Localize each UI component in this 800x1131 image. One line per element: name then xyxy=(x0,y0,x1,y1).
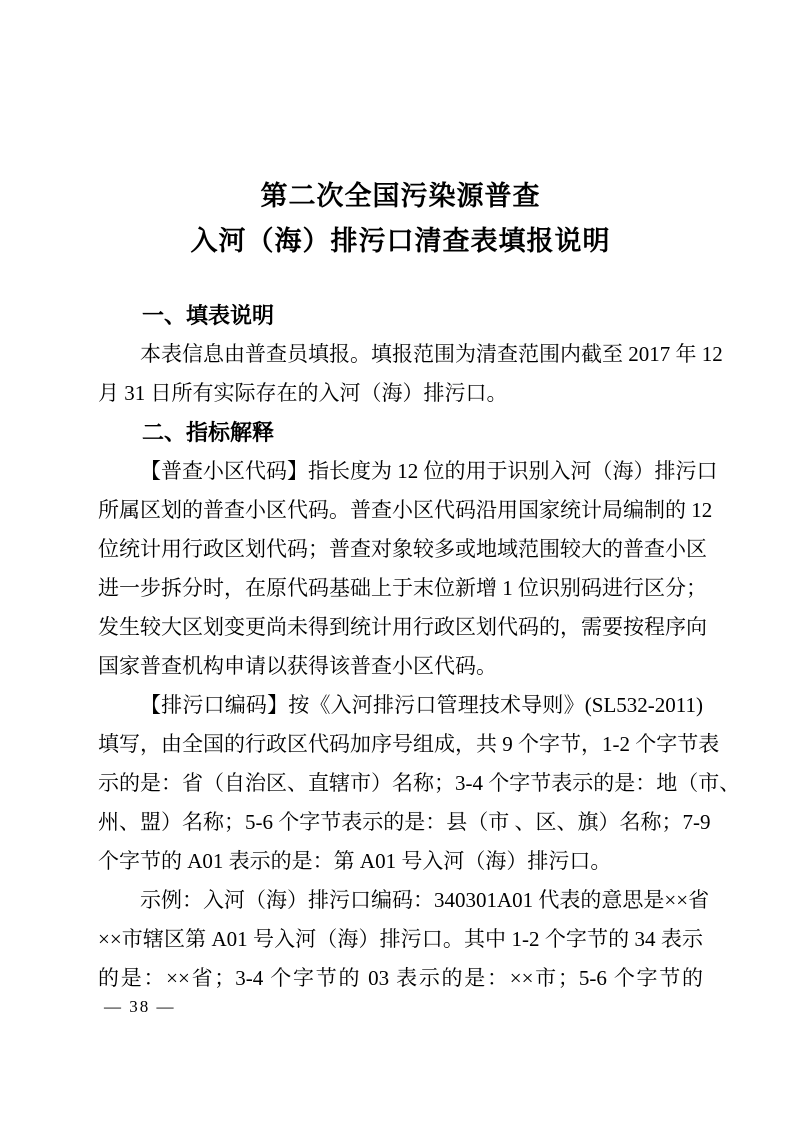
doc-title-line-2: 入河（海）排污口清查表填报说明 xyxy=(98,219,703,264)
paragraph-line: 【普查小区代码】指长度为 12 位的用于识别入河（海）排污口 xyxy=(98,452,703,491)
paragraph-line: 国家普查机构申请以获得该普查小区代码。 xyxy=(98,647,703,686)
doc-title-line-1: 第二次全国污染源普查 xyxy=(98,174,703,219)
doc-flow: 一、填表说明本表信息由普查员填报。填报范围为清查范围内截至 2017 年 12月… xyxy=(98,296,703,998)
paragraph-line: 填写，由全国的行政区代码加序号组成，共 9 个字节，1-2 个字节表 xyxy=(98,725,703,764)
page-number: — 38 — xyxy=(104,994,176,1020)
paragraph-line: 示的是：省（自治区、直辖市）名称；3-4 个字节表示的是：地（市、 xyxy=(98,764,703,803)
document-content: 第二次全国污染源普查 入河（海）排污口清查表填报说明 一、填表说明本表信息由普查… xyxy=(98,0,703,998)
paragraph-line: 本表信息由普查员填报。填报范围为清查范围内截至 2017 年 12 xyxy=(98,335,703,374)
section-heading: 一、填表说明 xyxy=(98,296,703,335)
paragraph-line: 月 31 日所有实际存在的入河（海）排污口。 xyxy=(98,374,703,413)
document-page: 第二次全国污染源普查 入河（海）排污口清查表填报说明 一、填表说明本表信息由普查… xyxy=(0,0,800,1131)
paragraph-line: 发生较大区划变更尚未得到统计用行政区划代码的，需要按程序向 xyxy=(98,608,703,647)
paragraph-line: 所属区划的普查小区代码。普查小区代码沿用国家统计局编制的 12 xyxy=(98,491,703,530)
paragraph-line: 示例：入河（海）排污口编码：340301A01 代表的意思是××省 xyxy=(98,881,703,920)
paragraph-line: 的是：××省；3-4 个字节的 03 表示的是：××市；5-6 个字节的 xyxy=(98,959,703,998)
section-heading: 二、指标解释 xyxy=(98,413,703,452)
paragraph-line: 进一步拆分时，在原代码基础上于末位新增 1 位识别码进行区分； xyxy=(98,569,703,608)
paragraph-line: 位统计用行政区划代码；普查对象较多或地域范围较大的普查小区 xyxy=(98,530,703,569)
doc-title: 第二次全国污染源普查 入河（海）排污口清查表填报说明 xyxy=(98,174,703,264)
paragraph-line: 【排污口编码】按《入河排污口管理技术导则》(SL532-2011) xyxy=(98,686,703,725)
paragraph-line: 个字节的 A01 表示的是：第 A01 号入河（海）排污口。 xyxy=(98,842,703,881)
paragraph-line: ××市辖区第 A01 号入河（海）排污口。其中 1-2 个字节的 34 表示 xyxy=(98,920,703,959)
paragraph-line: 州、盟）名称；5-6 个字节表示的是：县（市 、区、旗）名称；7-9 xyxy=(98,803,703,842)
